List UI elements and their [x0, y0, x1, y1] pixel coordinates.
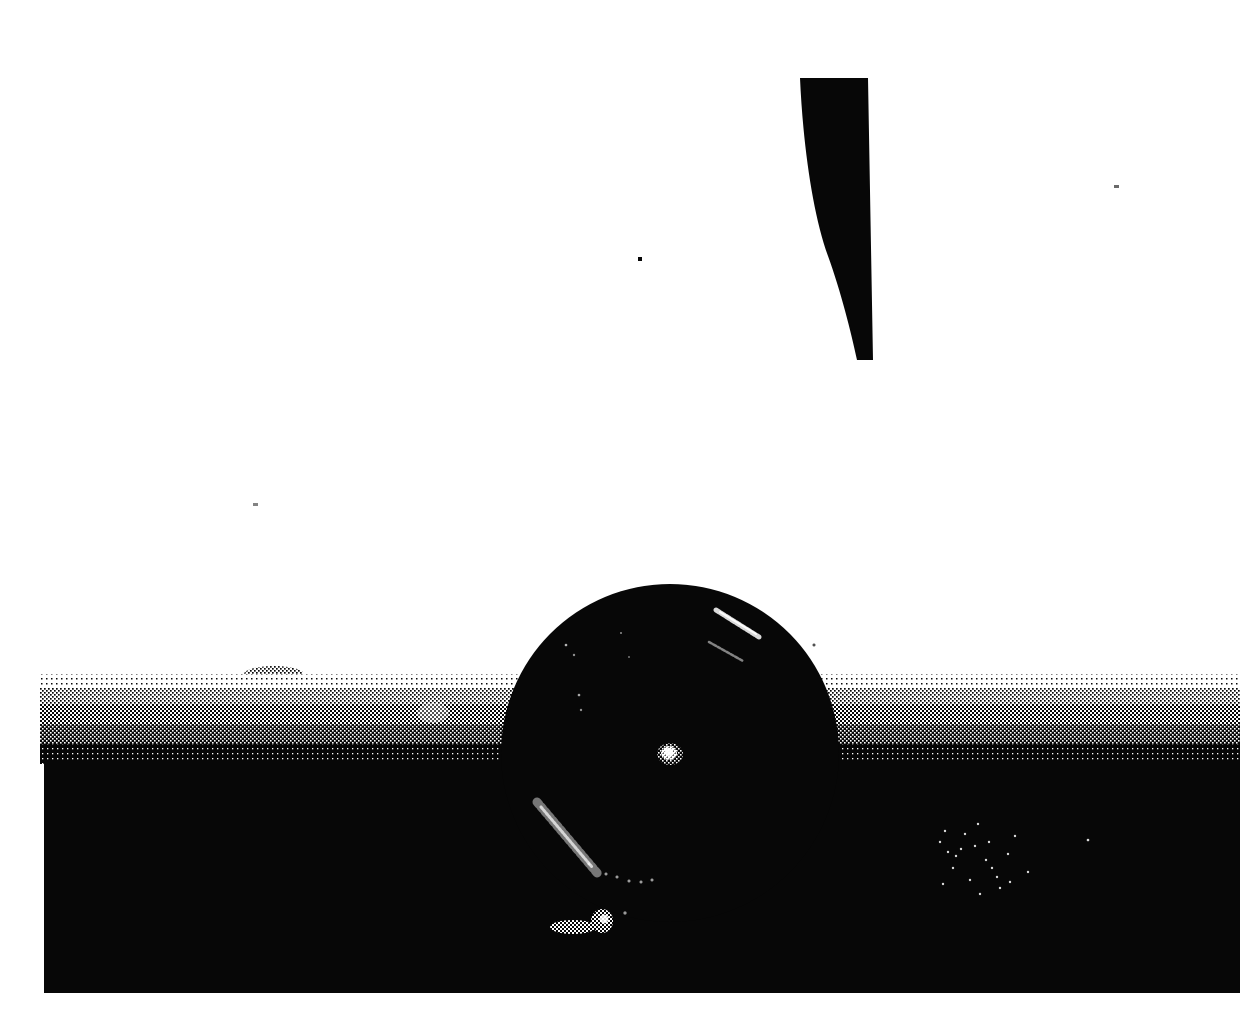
contact-angle-photo: [40, 16, 1240, 1008]
horizon-light-patch: [417, 703, 449, 723]
dust-speck: [253, 503, 258, 506]
dust-speck: [1114, 185, 1119, 188]
photo-canvas: [40, 16, 1240, 1008]
droplet-specular-highlight: [657, 743, 683, 765]
dust-speck: [638, 257, 642, 261]
dust-speck: [813, 644, 816, 647]
